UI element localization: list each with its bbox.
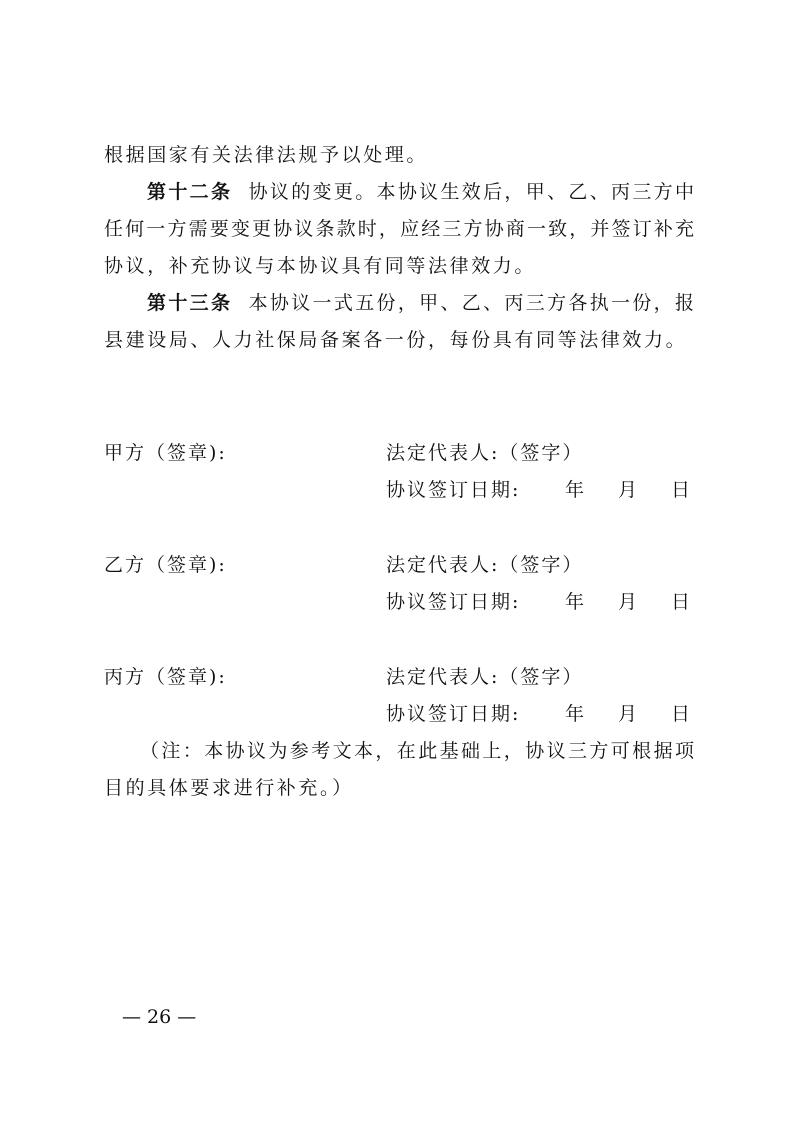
- note-line-2: 目的具体要求进行补充。）: [104, 776, 694, 800]
- sign-date-label: 协议签订日期:: [386, 478, 520, 502]
- article-12-text: 协议的变更。本协议生效后，甲、乙、丙三方中: [246, 181, 694, 203]
- legal-rep-label: 法定代表人:（签字）: [386, 441, 583, 465]
- sign-date-label: 协议签订日期:: [386, 590, 520, 614]
- article-12-line-1: 第十二条协议的变更。本协议生效后，甲、乙、丙三方中: [147, 180, 694, 204]
- year-label: 年: [565, 590, 584, 614]
- article-13-line-1: 第十三条本协议一式五份，甲、乙、丙三方各执一份，报: [147, 291, 694, 315]
- day-label: 日: [671, 590, 690, 614]
- article-12-line-3: 协议，补充协议与本协议具有同等法律效力。: [104, 254, 694, 278]
- month-label: 月: [618, 702, 637, 726]
- legal-rep-label: 法定代表人:（签字）: [386, 553, 583, 577]
- legal-rep-label: 法定代表人:（签字）: [386, 665, 583, 689]
- year-label: 年: [565, 702, 584, 726]
- sign-date-label: 协议签订日期:: [386, 702, 520, 726]
- day-label: 日: [671, 478, 690, 502]
- day-label: 日: [671, 702, 690, 726]
- paragraph-line: 根据国家有关法律法规予以处理。: [104, 143, 694, 167]
- page-number: — 26 —: [122, 1005, 196, 1029]
- article-12-heading: 第十二条: [147, 181, 232, 203]
- party-seal-label: 丙方（签章):: [104, 665, 227, 689]
- year-label: 年: [565, 478, 584, 502]
- month-label: 月: [618, 590, 637, 614]
- month-label: 月: [618, 478, 637, 502]
- article-13-line-2: 县建设局、人力社保局备案各一份，每份具有同等法律效力。: [104, 328, 694, 352]
- article-13-heading: 第十三条: [147, 292, 232, 314]
- party-seal-label: 甲方（签章):: [104, 441, 227, 465]
- party-seal-label: 乙方（签章):: [104, 553, 227, 577]
- note-line-1: （注：本协议为参考文本，在此基础上，协议三方可根据项: [140, 739, 694, 763]
- article-12-line-2: 任何一方需要变更协议条款时，应经三方协商一致，并签订补充: [104, 217, 694, 241]
- article-13-text: 本协议一式五份，甲、乙、丙三方各执一份，报: [246, 292, 694, 314]
